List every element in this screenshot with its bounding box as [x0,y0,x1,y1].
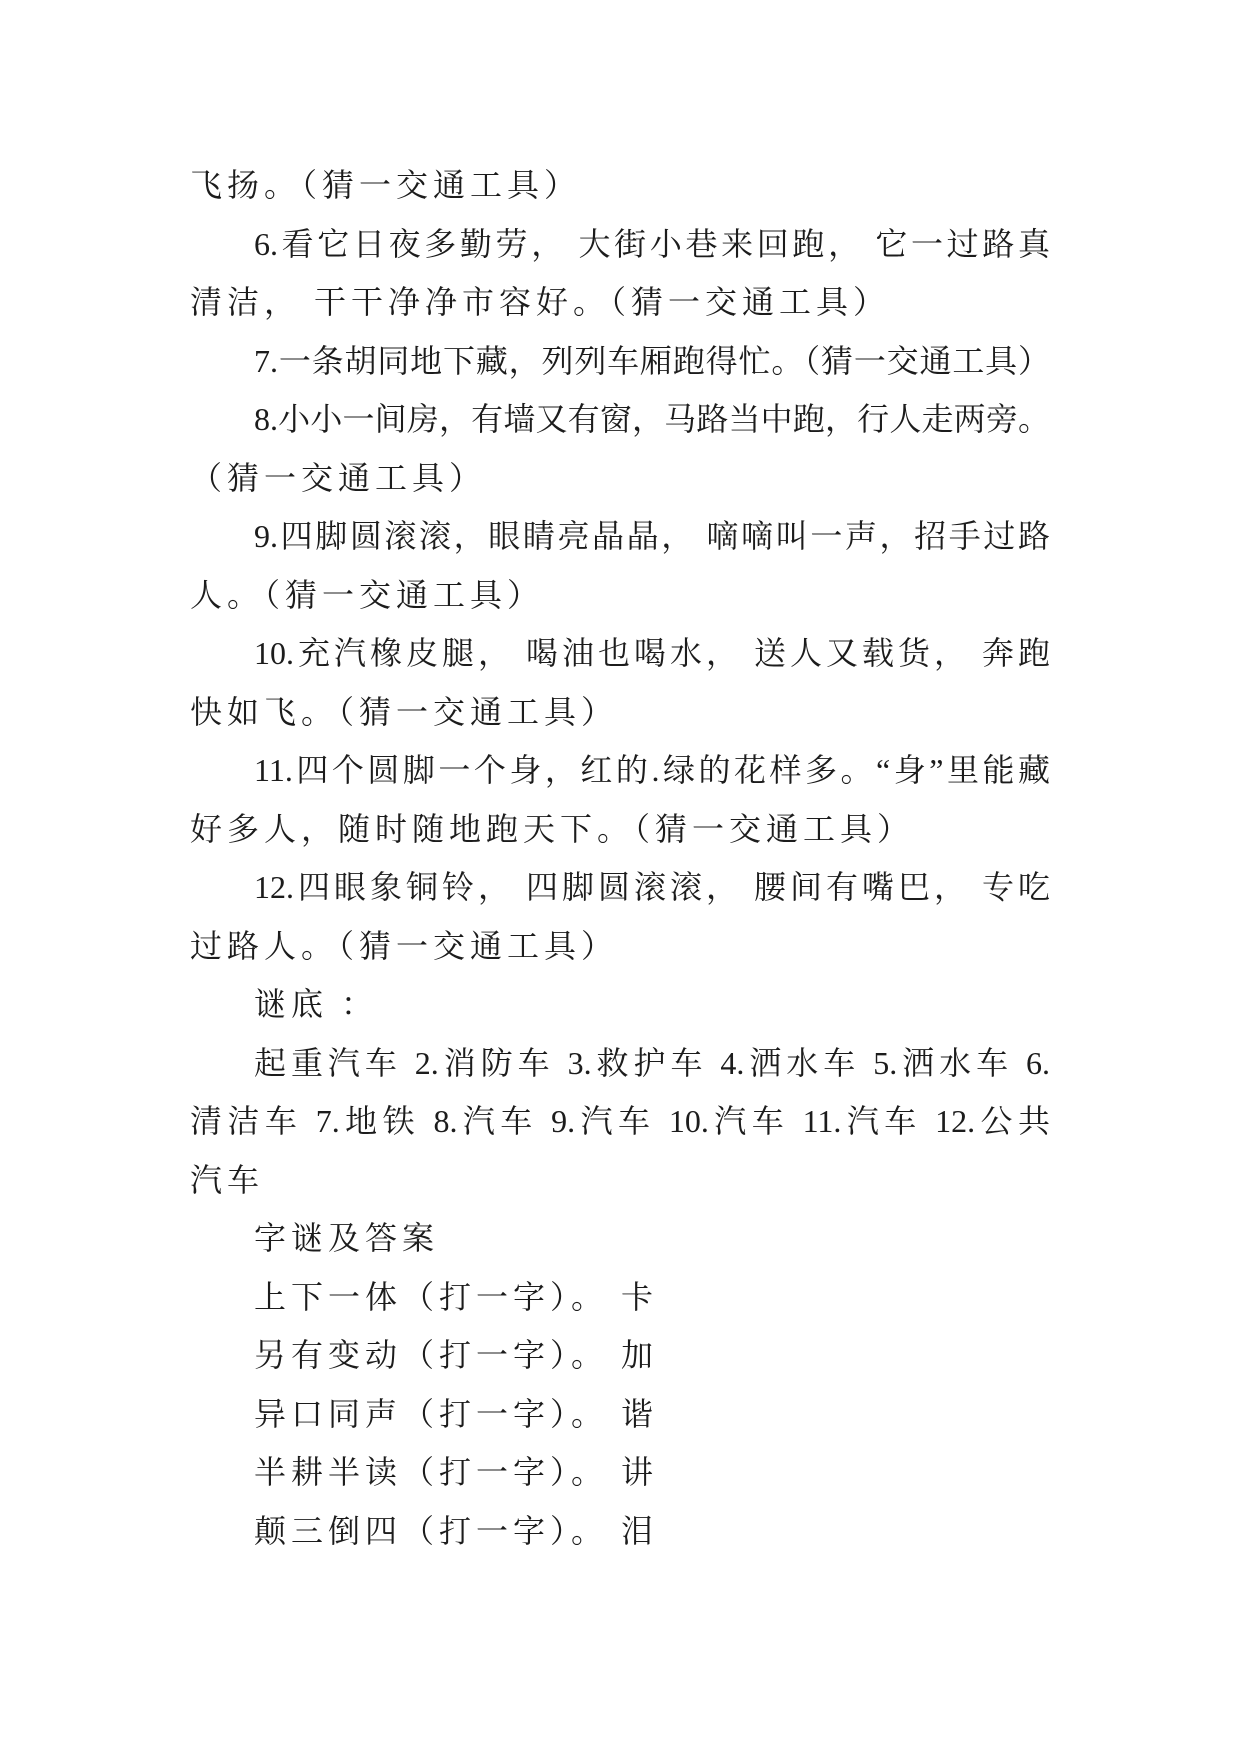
paragraph: 12.四眼象铜铃， 四脚圆滚滚， 腰间有嘴巴， 专吃过路人。（猜一交通工具） [190,858,1050,975]
paragraph: 半耕半读（打一字）。 讲 [190,1443,1050,1502]
paragraph: 11.四个圆脚一个身，红的.绿的花样多。“身”里能藏好多人，随时随地跑天下。（猜… [190,741,1050,858]
text-line: 10.充汽橡皮腿， 喝油也喝水， 送人又载货， 奔跑 [190,624,1050,683]
paragraph: 另有变动（打一字）。 加 [190,1326,1050,1385]
text-line: 清洁车 7.地铁 8.汽车 9.汽车 10.汽车 11.汽车 12.公共 [190,1092,1050,1151]
paragraph: 9.四脚圆滚滚，眼睛亮晶晶， 嘀嘀叫一声，招手过路人。（猜一交通工具） [190,507,1050,624]
paragraph: 上下一体（打一字）。 卡 [190,1268,1050,1327]
paragraph: 10.充汽橡皮腿， 喝油也喝水， 送人又载货， 奔跑快如飞。（猜一交通工具） [190,624,1050,741]
paragraph: 颠三倒四（打一字）。 泪 [190,1502,1050,1561]
text-line: 7.一条胡同地下藏，列列车厢跑得忙。（猜一交通工具） [190,332,1050,391]
text-content: 飞扬。（猜一交通工具）6.看它日夜多勤劳， 大街小巷来回跑， 它一过路真清洁， … [190,156,1050,1560]
text-line: 快如飞。（猜一交通工具） [190,683,1050,742]
text-line: 字谜及答案 [190,1209,1050,1268]
text-line: 好多人，随时随地跑天下。（猜一交通工具） [190,800,1050,859]
text-line: 上下一体（打一字）。 卡 [190,1268,1050,1327]
paragraph: 起重汽车 2.消防车 3.救护车 4.洒水车 5.洒水车 6.清洁车 7.地铁 … [190,1034,1050,1210]
text-line: 汽车 [190,1151,1050,1210]
text-line: 12.四眼象铜铃， 四脚圆滚滚， 腰间有嘴巴， 专吃 [190,858,1050,917]
paragraph: 字谜及答案 [190,1209,1050,1268]
text-line: 11.四个圆脚一个身，红的.绿的花样多。“身”里能藏 [190,741,1050,800]
text-line: 另有变动（打一字）。 加 [190,1326,1050,1385]
text-line: 8.小小一间房，有墙又有窗，马路当中跑，行人走两旁。 [190,390,1050,449]
text-line: 人。（猜一交通工具） [190,566,1050,625]
text-line: 半耕半读（打一字）。 讲 [190,1443,1050,1502]
paragraph: 8.小小一间房，有墙又有窗，马路当中跑，行人走两旁。（猜一交通工具） [190,390,1050,507]
text-line: 谜底 ： [190,975,1050,1034]
text-line: 飞扬。（猜一交通工具） [190,156,1050,215]
text-line: 9.四脚圆滚滚，眼睛亮晶晶， 嘀嘀叫一声，招手过路 [190,507,1050,566]
document-page: 飞扬。（猜一交通工具）6.看它日夜多勤劳， 大街小巷来回跑， 它一过路真清洁， … [0,0,1241,1754]
paragraph: 6.看它日夜多勤劳， 大街小巷来回跑， 它一过路真清洁， 干干净净市容好。（猜一… [190,215,1050,332]
text-line: 起重汽车 2.消防车 3.救护车 4.洒水车 5.洒水车 6. [190,1034,1050,1093]
text-line: 过路人。（猜一交通工具） [190,917,1050,976]
paragraph: 谜底 ： [190,975,1050,1034]
paragraph: 异口同声（打一字）。 谐 [190,1385,1050,1444]
paragraph: 7.一条胡同地下藏，列列车厢跑得忙。（猜一交通工具） [190,332,1050,391]
text-line: 6.看它日夜多勤劳， 大街小巷来回跑， 它一过路真 [190,215,1050,274]
text-line: 清洁， 干干净净市容好。（猜一交通工具） [190,273,1050,332]
text-line: （猜一交通工具） [190,449,1050,508]
text-line: 异口同声（打一字）。 谐 [190,1385,1050,1444]
paragraph: 飞扬。（猜一交通工具） [190,156,1050,215]
text-line: 颠三倒四（打一字）。 泪 [190,1502,1050,1561]
